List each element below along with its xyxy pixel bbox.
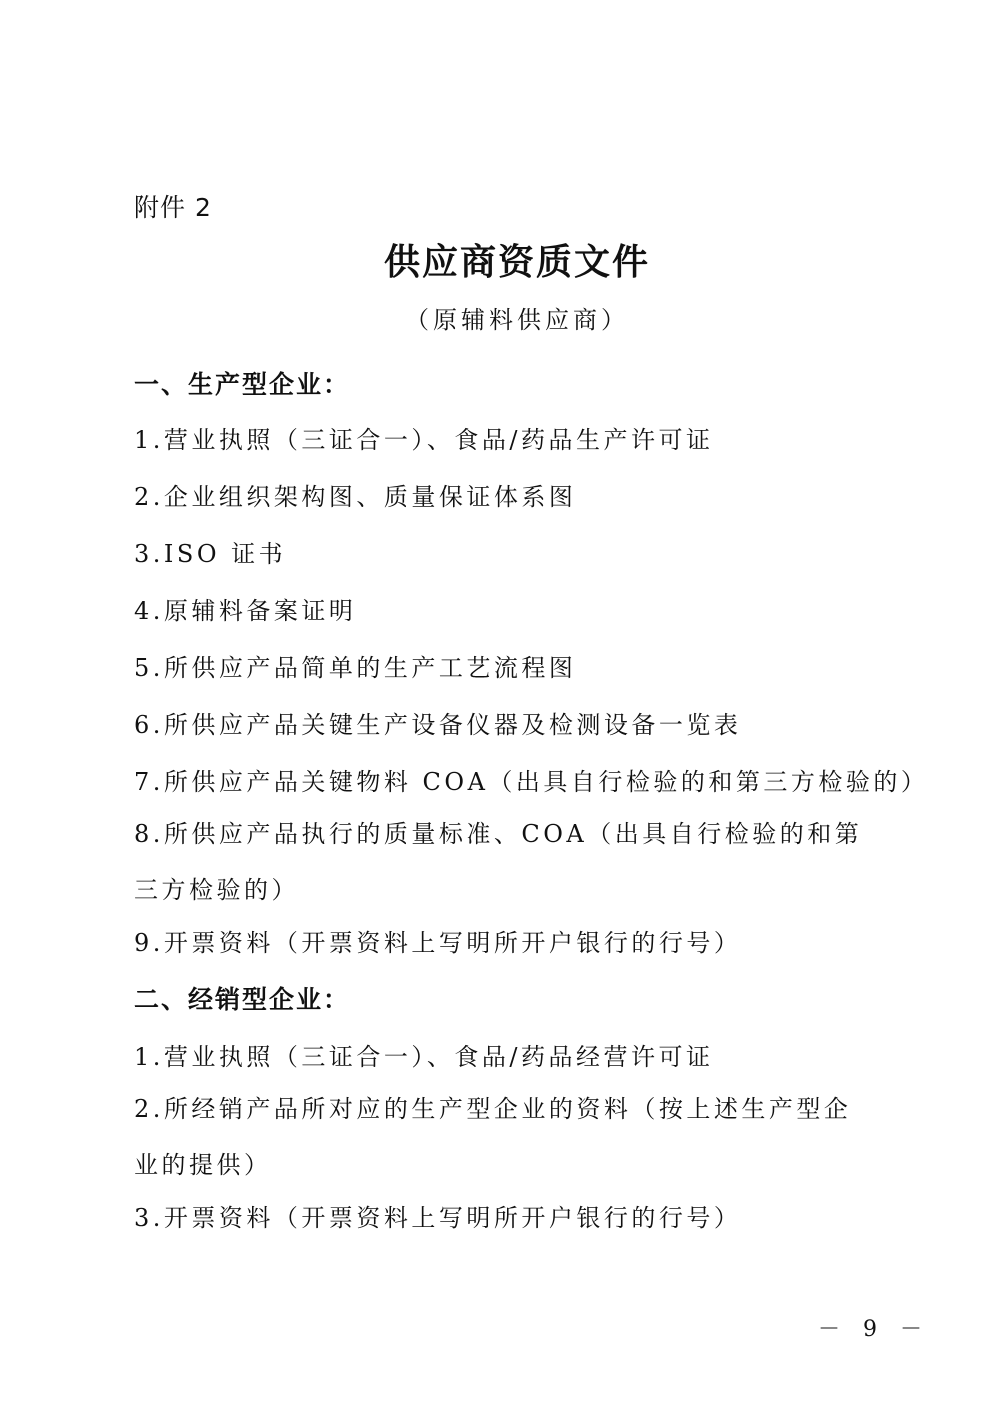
attachment-label: 附件 2 <box>134 188 212 224</box>
list-item: 4.原辅料备案证明 <box>134 591 356 626</box>
section-heading-distributor: 二、经销型企业： <box>134 980 350 1016</box>
list-item: 1.营业执照（三证合一）、食品/药品生产许可证 <box>134 420 713 455</box>
list-item: 9.开票资料（开票资料上写明所开户银行的行号） <box>134 923 741 958</box>
page-number: － 9 － <box>818 1312 930 1343</box>
list-item: 3.ISO 证书 <box>134 534 286 569</box>
list-item: 2.企业组织架构图、质量保证体系图 <box>134 477 576 512</box>
document-subtitle: （原辅料供应商） <box>0 300 1000 335</box>
list-item: 3.开票资料（开票资料上写明所开户银行的行号） <box>134 1198 741 1233</box>
list-item: 2.所经销产品所对应的生产型企业的资料（按上述生产型企业的提供） <box>134 1081 874 1193</box>
list-item: 6.所供应产品关键生产设备仪器及检测设备一览表 <box>134 705 741 740</box>
list-item: 7.所供应产品关键物料 COA（出具自行检验的和第三方检验的） <box>134 762 928 797</box>
list-item: 8.所供应产品执行的质量标准、COA（出具自行检验的和第三方检验的） <box>134 806 874 918</box>
document-title: 供应商资质文件 <box>0 234 1000 285</box>
section-heading-manufacturer: 一、生产型企业： <box>134 365 350 401</box>
list-item: 5.所供应产品简单的生产工艺流程图 <box>134 648 576 683</box>
list-item: 1.营业执照（三证合一）、食品/药品经营许可证 <box>134 1037 713 1072</box>
